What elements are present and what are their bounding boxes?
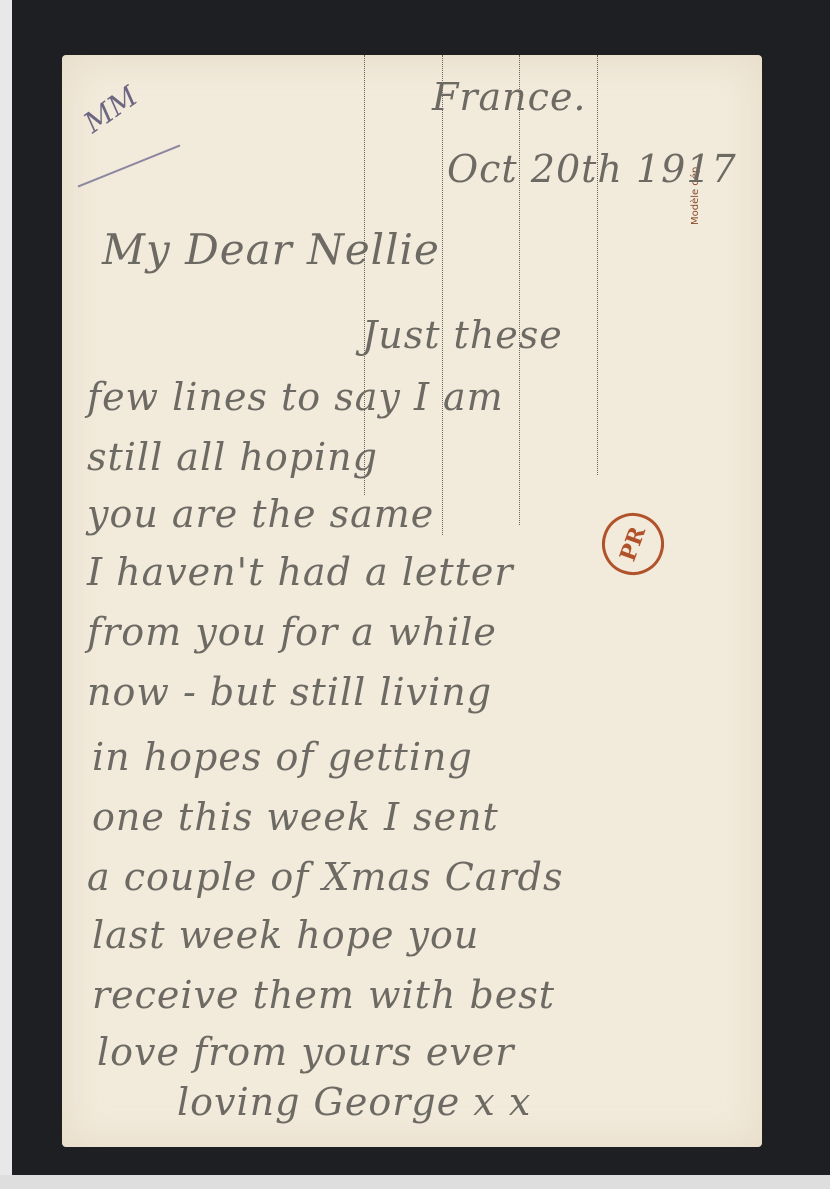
dotted-rule-3 — [519, 55, 520, 525]
body-line: now - but still living — [87, 670, 492, 714]
body-line: in hopes of getting — [92, 735, 473, 779]
body-line: one this week I sent — [92, 795, 499, 839]
body-line: still all hoping — [87, 435, 378, 479]
scan-bottom-edge — [0, 1175, 830, 1189]
publisher-stamp: PR — [593, 504, 672, 583]
body-line: a couple of Xmas Cards — [87, 855, 563, 899]
dotted-rule-1 — [364, 55, 365, 495]
dotted-rule-2 — [442, 55, 443, 535]
salutation: My Dear Nellie — [102, 225, 440, 274]
body-line: last week hope you — [92, 913, 479, 957]
body-line: love from yours ever — [97, 1030, 514, 1074]
heading-date: Oct 20th 1917 — [447, 147, 737, 191]
body-line: Just these — [362, 313, 563, 357]
body-line: I haven't had a letter — [87, 550, 514, 594]
pencil-note: MM — [78, 80, 144, 140]
body-line: from you for a while — [87, 610, 497, 654]
scan-edge — [0, 0, 12, 1189]
heading-place: France. — [432, 75, 587, 119]
pencil-underline — [78, 144, 181, 187]
dotted-rule-4 — [597, 55, 598, 475]
body-line: receive them with best — [92, 973, 555, 1017]
closing-signature: loving George x x — [177, 1080, 531, 1124]
body-line: few lines to say I am — [87, 375, 504, 419]
body-line: you are the same — [87, 492, 434, 536]
postcard: MM Modèle dép PR France. Oct 20th 1917 M… — [62, 55, 762, 1147]
